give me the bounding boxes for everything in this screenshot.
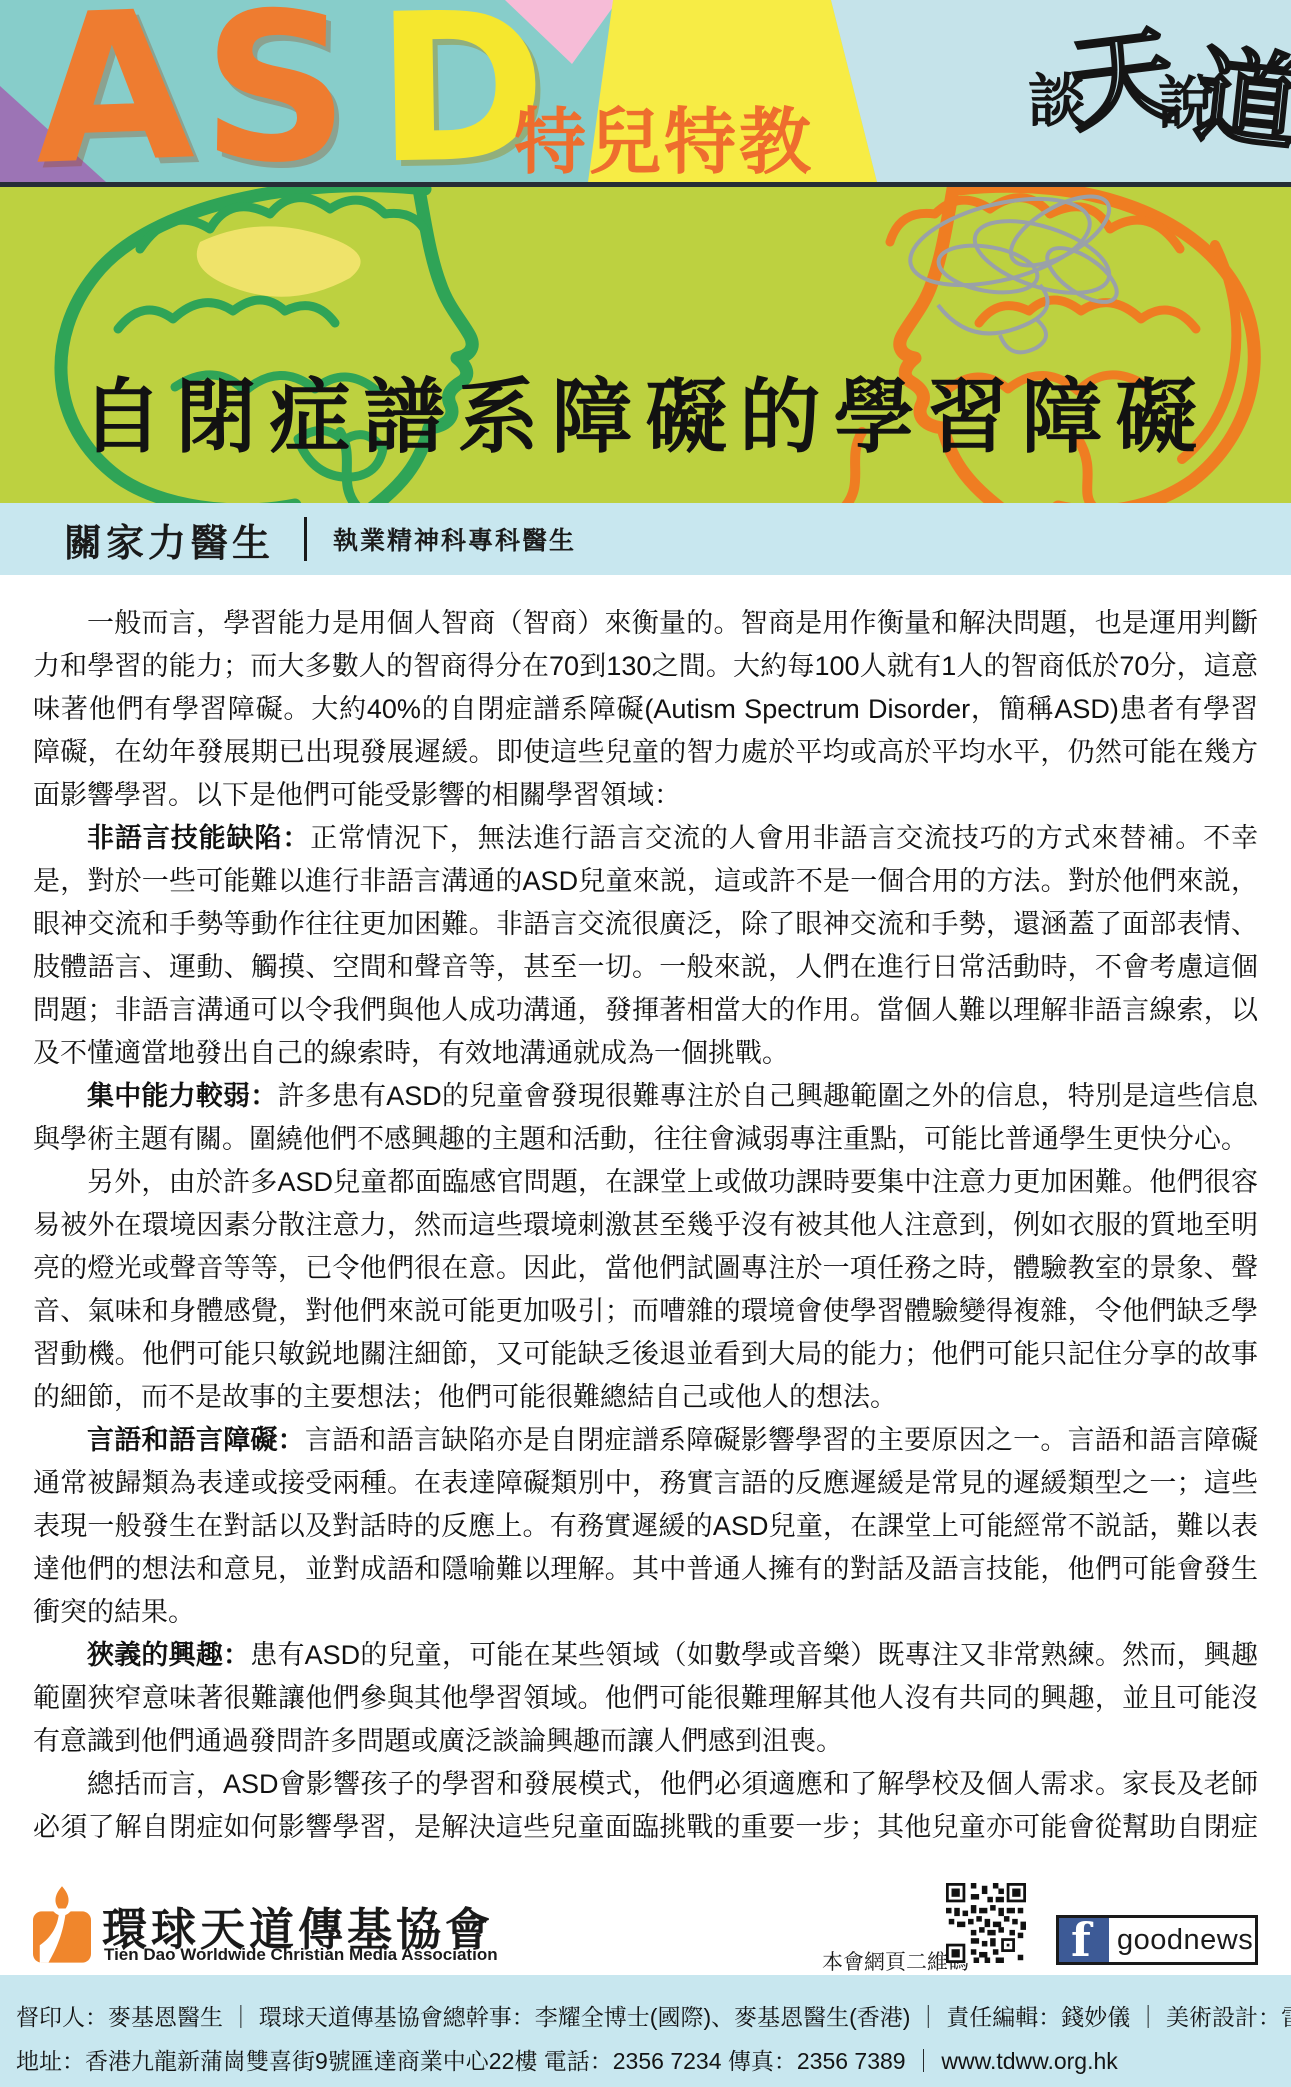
asd-letter-s: S (200, 0, 351, 182)
series-tagline: 特兒特教 (514, 84, 814, 182)
paragraph: 總括而言，ASD會影響孩子的學習和發展模式，他們必須適應和了解學校及個人需求。家… (33, 1763, 1258, 1845)
author-name: 關家力醫生 (64, 512, 274, 567)
paragraph: 非語言技能缺陷：正常情況下，無法進行語言交流的人會用非語言交流技巧的方式來替補。… (33, 817, 1258, 1075)
paragraph: 一般而言，學習能力是用個人智商（智商）來衡量的。智商是用作衡量和解決問題，也是運… (33, 602, 1258, 817)
facebook-handle: goodnewshk (1109, 1924, 1258, 1957)
masthead: A S D 特兒特教 談 天 說 道 (0, 0, 1291, 182)
qr-code (946, 1883, 1026, 1963)
author-credential: 執業精神科專科醫生 (333, 521, 576, 557)
author-bar: 關家力醫生 執業精神科專科醫生 (0, 503, 1291, 575)
credits-bar: 督印人：麥基恩醫生 ｜ 環球天道傳基協會總幹事：李耀全博士(國際)、麥基恩醫生(… (0, 1975, 1291, 2087)
facebook-icon: f (1059, 1915, 1109, 1965)
paragraph: 另外，由於許多ASD兒童都面臨感官問題，在課堂上或做功課時要集中注意力更加困難。… (33, 1161, 1258, 1419)
asd-letter-a: A (31, 0, 196, 182)
paragraph: 狹義的興趣：患有ASD的兒童，可能在某些領域（如數學或音樂）既專注又非常熟練。然… (33, 1634, 1258, 1763)
leaflet-page: A S D 特兒特教 談 天 說 道 (0, 0, 1291, 2087)
article-body: 一般而言，學習能力是用個人智商（智商）來衡量的。智商是用作衡量和解決問題，也是運… (0, 575, 1291, 1845)
tiendao-logo-icon (33, 1885, 91, 1963)
address-line[interactable]: 地址：香港九龍新蒲崗雙喜街9號匯達商業中心22樓 電話：2356 7234 傳真… (16, 2039, 1275, 2083)
page-title: 自閉症譜系障礙的學習障礙 (0, 353, 1291, 469)
facebook-badge[interactable]: f goodnewshk (1056, 1915, 1258, 1965)
org-name-en: Tien Dao Worldwide Christian Media Assoc… (104, 1945, 498, 1965)
brand-calligraphy-char: 道 (1191, 43, 1291, 157)
title-banner: 自閉症譜系障礙的學習障礙 (0, 182, 1291, 503)
author-separator (304, 517, 307, 561)
footer: 環球天道傳基協會 Tien Dao Worldwide Christian Me… (0, 1845, 1291, 1975)
credits-line: 督印人：麥基恩醫生 ｜ 環球天道傳基協會總幹事：李耀全博士(國際)、麥基恩醫生(… (16, 1995, 1275, 2039)
paragraph: 集中能力較弱：許多患有ASD的兒童會發現很難專注於自己興趣範圍之外的信息，特別是… (33, 1075, 1258, 1161)
paragraph: 言語和語言障礙：言語和語言缺陷亦是自閉症譜系障礙影響學習的主要原因之一。言語和語… (33, 1419, 1258, 1634)
